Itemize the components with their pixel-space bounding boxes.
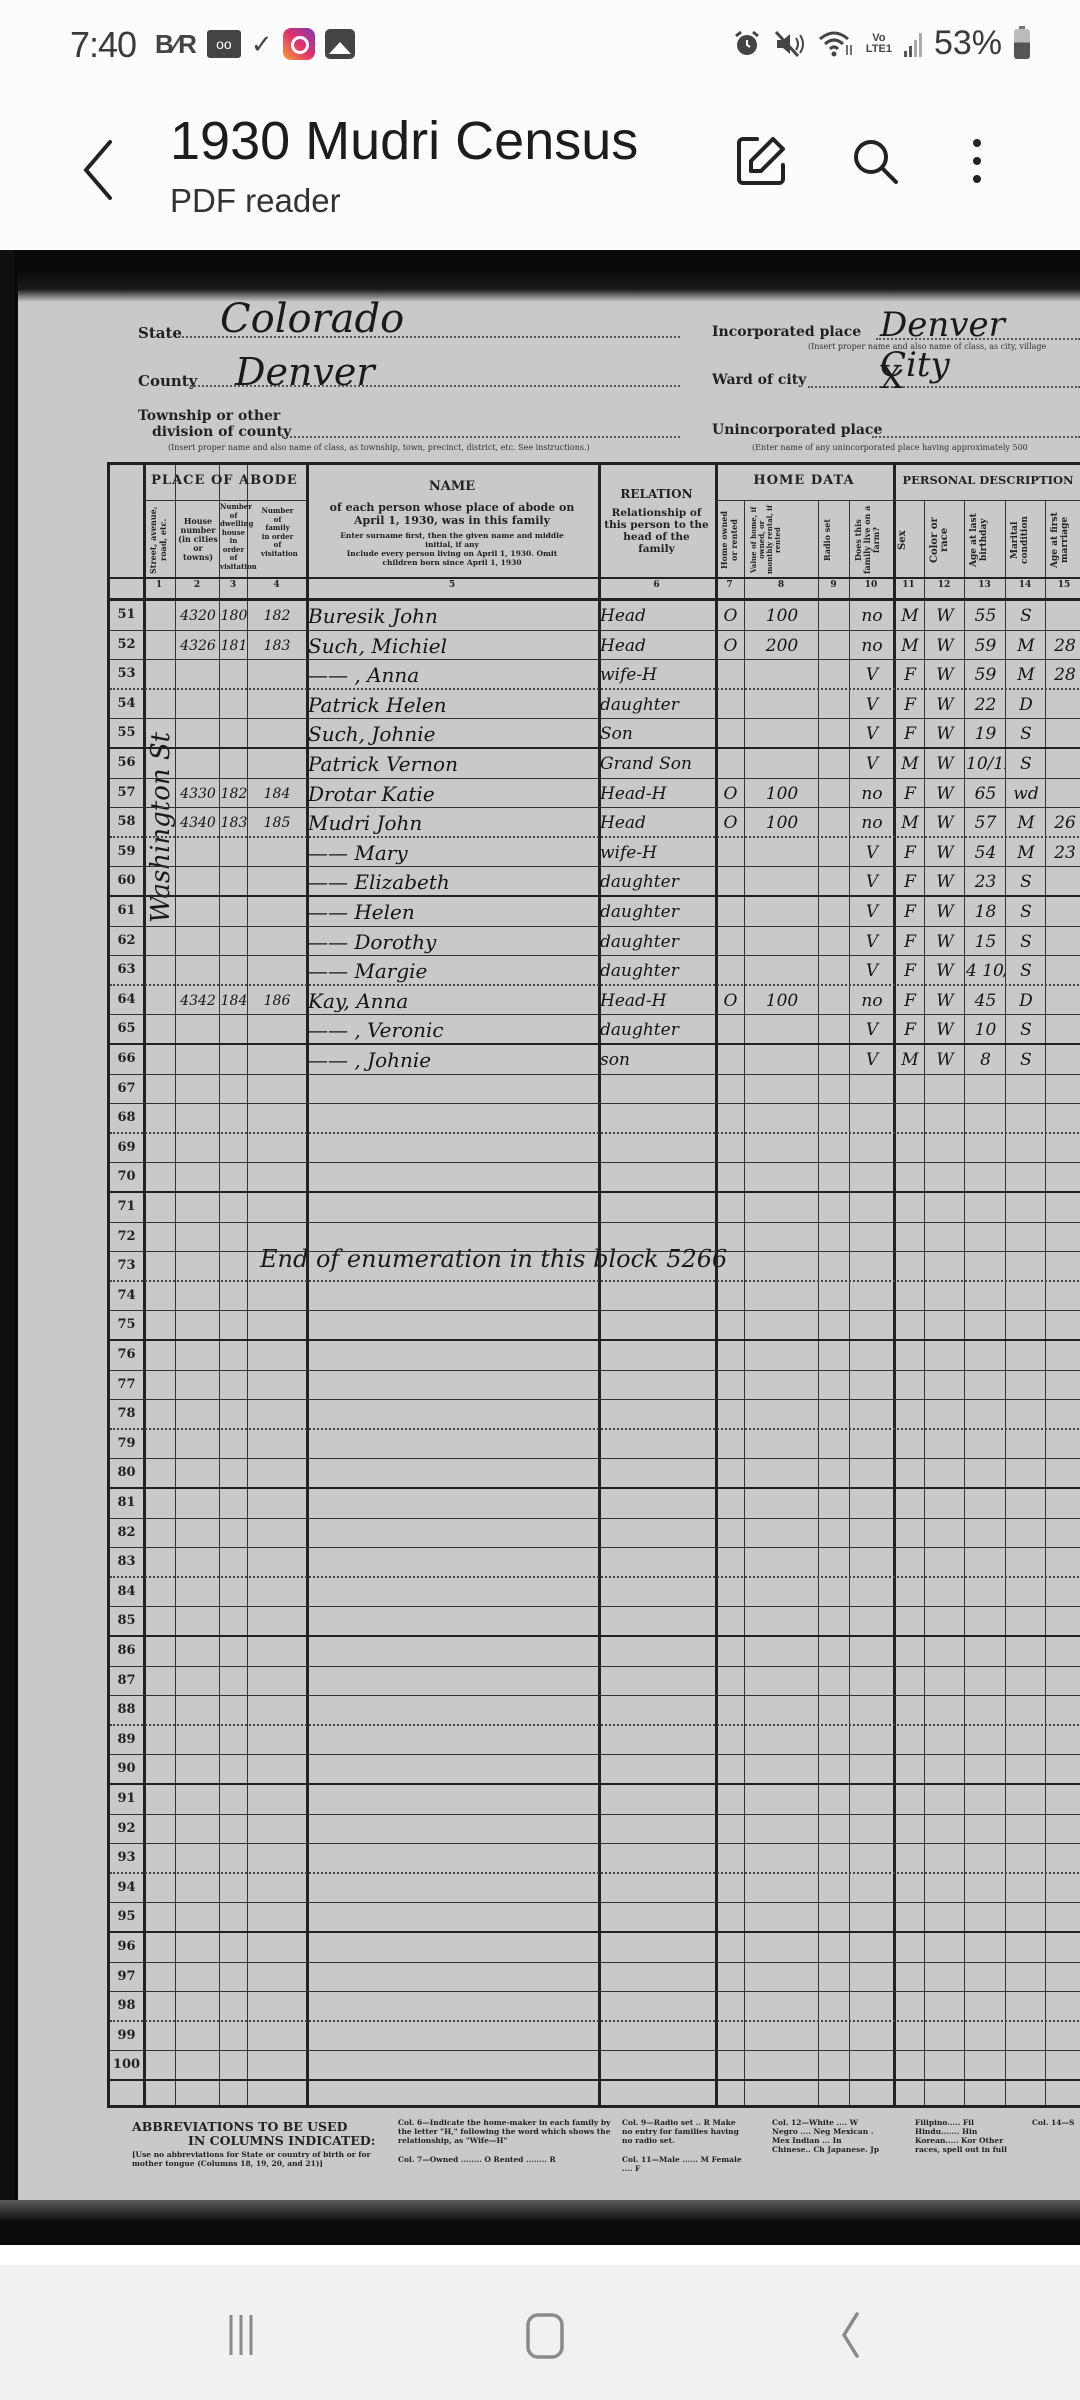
alarm-icon (732, 26, 762, 62)
instagram-icon (283, 28, 315, 60)
search-icon (847, 133, 903, 189)
system-back-button[interactable] (808, 2305, 888, 2365)
system-nav-bar (0, 2265, 1080, 2400)
edit-icon (733, 133, 789, 189)
br-app-icon: B⁄R (155, 26, 197, 62)
viewer-bottom-gap (0, 2245, 1080, 2265)
more-options-icon (967, 133, 987, 189)
battery-icon (1014, 29, 1030, 59)
search-button[interactable] (840, 126, 910, 196)
scan-border (0, 250, 14, 2245)
volte-lte-icon: VoLTE1 (866, 33, 892, 55)
more-options-button[interactable] (942, 126, 1012, 196)
back-button[interactable] (70, 130, 130, 210)
status-bar: 7:40 B⁄R oo ✓ VoLTE1 53% (0, 0, 1080, 90)
home-icon (520, 2310, 570, 2360)
scan-edge (18, 270, 1080, 302)
document-title: 1930 Mudri Census (170, 110, 638, 172)
pdf-page (18, 270, 1080, 2210)
clock: 7:40 (70, 24, 136, 66)
gallery-icon (325, 29, 355, 59)
pdf-viewer[interactable] (0, 250, 1080, 2245)
back-icon (823, 2310, 873, 2360)
recent-apps-icon (217, 2310, 267, 2360)
wifi-icon (818, 26, 854, 62)
voicemail-icon: oo (207, 30, 241, 58)
edit-button[interactable] (726, 126, 796, 196)
signal-icon (904, 31, 922, 57)
app-subtitle: PDF reader (170, 182, 341, 220)
mute-icon (774, 26, 806, 62)
battery-percent: 53% (934, 24, 1002, 63)
recent-apps-button[interactable] (202, 2305, 282, 2365)
download-done-icon: ✓ (251, 26, 273, 62)
app-bar: 1930 Mudri Census PDF reader (0, 90, 1080, 250)
home-button[interactable] (505, 2305, 585, 2365)
back-arrow-icon (70, 130, 130, 210)
